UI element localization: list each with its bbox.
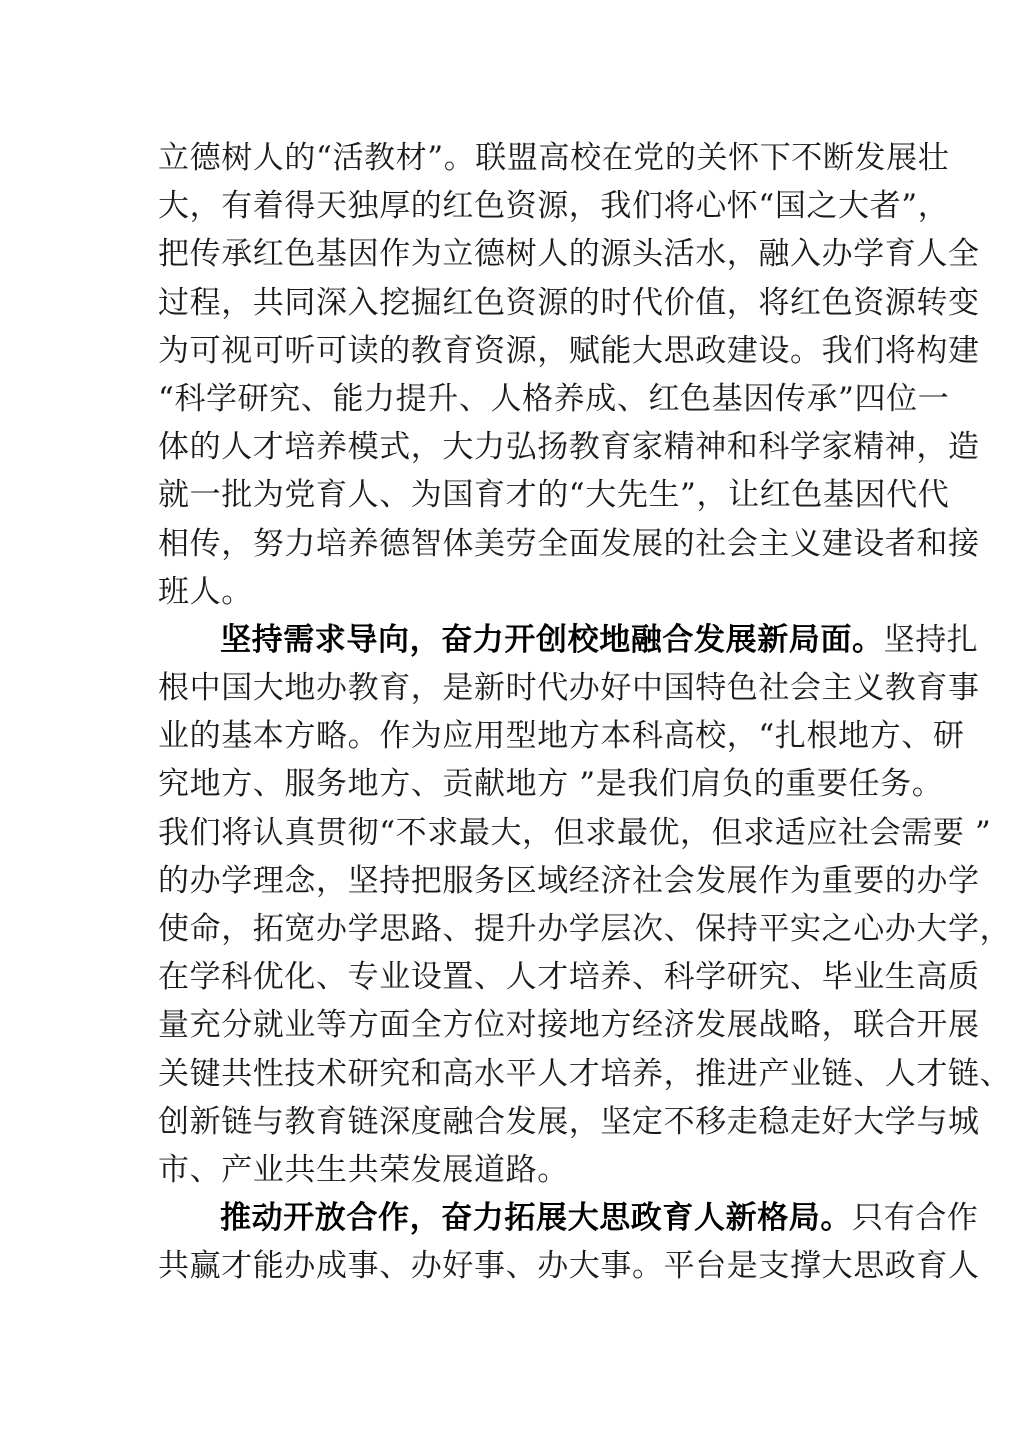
text-line: 为可视可听可读的教育资源，赋能大思政建设。我们将构建: [158, 327, 874, 375]
text-line: 大，有着得天独厚的红色资源，我们将心怀“国之大者”，: [158, 182, 874, 230]
paragraph-heading: 推动开放合作，奋力拓展大思政育人新格局。: [220, 1200, 852, 1236]
text-run: 坚持扎: [884, 622, 979, 658]
text-line: 体的人才培养模式，大力弘扬教育家精神和科学家精神，造: [158, 423, 874, 471]
text-line: 相传，努力培养德智体美劳全面发展的社会主义建设者和接: [158, 520, 874, 568]
text-line: 量充分就业等方面全方位对接地方经济发展战略，联合开展: [158, 1001, 874, 1049]
text-line: 究地方、服务地方、贡献地方 ”是我们肩负的重要任务。: [158, 760, 874, 808]
text-line: 立德树人的“活教材”。联盟高校在党的关怀下不断发展壮: [158, 134, 874, 182]
text-line: 市、产业共生共荣发展道路。: [158, 1146, 874, 1194]
text-line: 创新链与教育链深度融合发展，坚定不移走稳走好大学与城: [158, 1098, 874, 1146]
text-line: 使命，拓宽办学思路、提升办学层次、保持平实之心办大学，: [158, 905, 874, 953]
paragraph-heading: 坚持需求导向，奋力开创校地融合发展新局面。: [220, 622, 884, 658]
text-line: 的办学理念，坚持把服务区域经济社会发展作为重要的办学: [158, 857, 874, 905]
paragraph-demand-oriented: 坚持需求导向，奋力开创校地融合发展新局面。坚持扎 根中国大地办教育，是新时代办好…: [158, 616, 874, 1194]
paragraph-open-cooperation: 推动开放合作，奋力拓展大思政育人新格局。只有合作 共赢才能办成事、办好事、办大事…: [158, 1194, 874, 1290]
text-line: 业的基本方略。作为应用型地方本科高校，“扎根地方、研: [158, 712, 874, 760]
text-line: 推动开放合作，奋力拓展大思政育人新格局。只有合作: [158, 1194, 874, 1242]
text-line: 班人。: [158, 568, 874, 616]
text-line: 我们将认真贯彻“不求最大，但求最优，但求适应社会需要 ”: [158, 809, 874, 857]
paragraph-red-resources: 立德树人的“活教材”。联盟高校在党的关怀下不断发展壮 大，有着得天独厚的红色资源…: [158, 134, 874, 616]
body-text: 立德树人的“活教材”。联盟高校在党的关怀下不断发展壮 大，有着得天独厚的红色资源…: [158, 134, 874, 1291]
text-line: 过程，共同深入挖掘红色资源的时代价值，将红色资源转变: [158, 279, 874, 327]
text-line: 就一批为党育人、为国育才的“大先生”，让红色基因代代: [158, 471, 874, 519]
text-line: 根中国大地办教育，是新时代办好中国特色社会主义教育事: [158, 664, 874, 712]
text-line: 共赢才能办成事、办好事、办大事。平台是支撑大思政育人: [158, 1242, 874, 1290]
text-line: “科学研究、能力提升、人格养成、红色基因传承”四位一: [158, 375, 874, 423]
text-run: 只有合作: [852, 1200, 978, 1236]
text-line: 关键共性技术研究和高水平人才培养，推进产业链、人才链、: [158, 1050, 874, 1098]
document-page: 立德树人的“活教材”。联盟高校在党的关怀下不断发展壮 大，有着得天独厚的红色资源…: [0, 0, 1024, 1448]
text-line: 坚持需求导向，奋力开创校地融合发展新局面。坚持扎: [158, 616, 874, 664]
text-line: 在学科优化、专业设置、人才培养、科学研究、毕业生高质: [158, 953, 874, 1001]
text-line: 把传承红色基因作为立德树人的源头活水，融入办学育人全: [158, 230, 874, 278]
